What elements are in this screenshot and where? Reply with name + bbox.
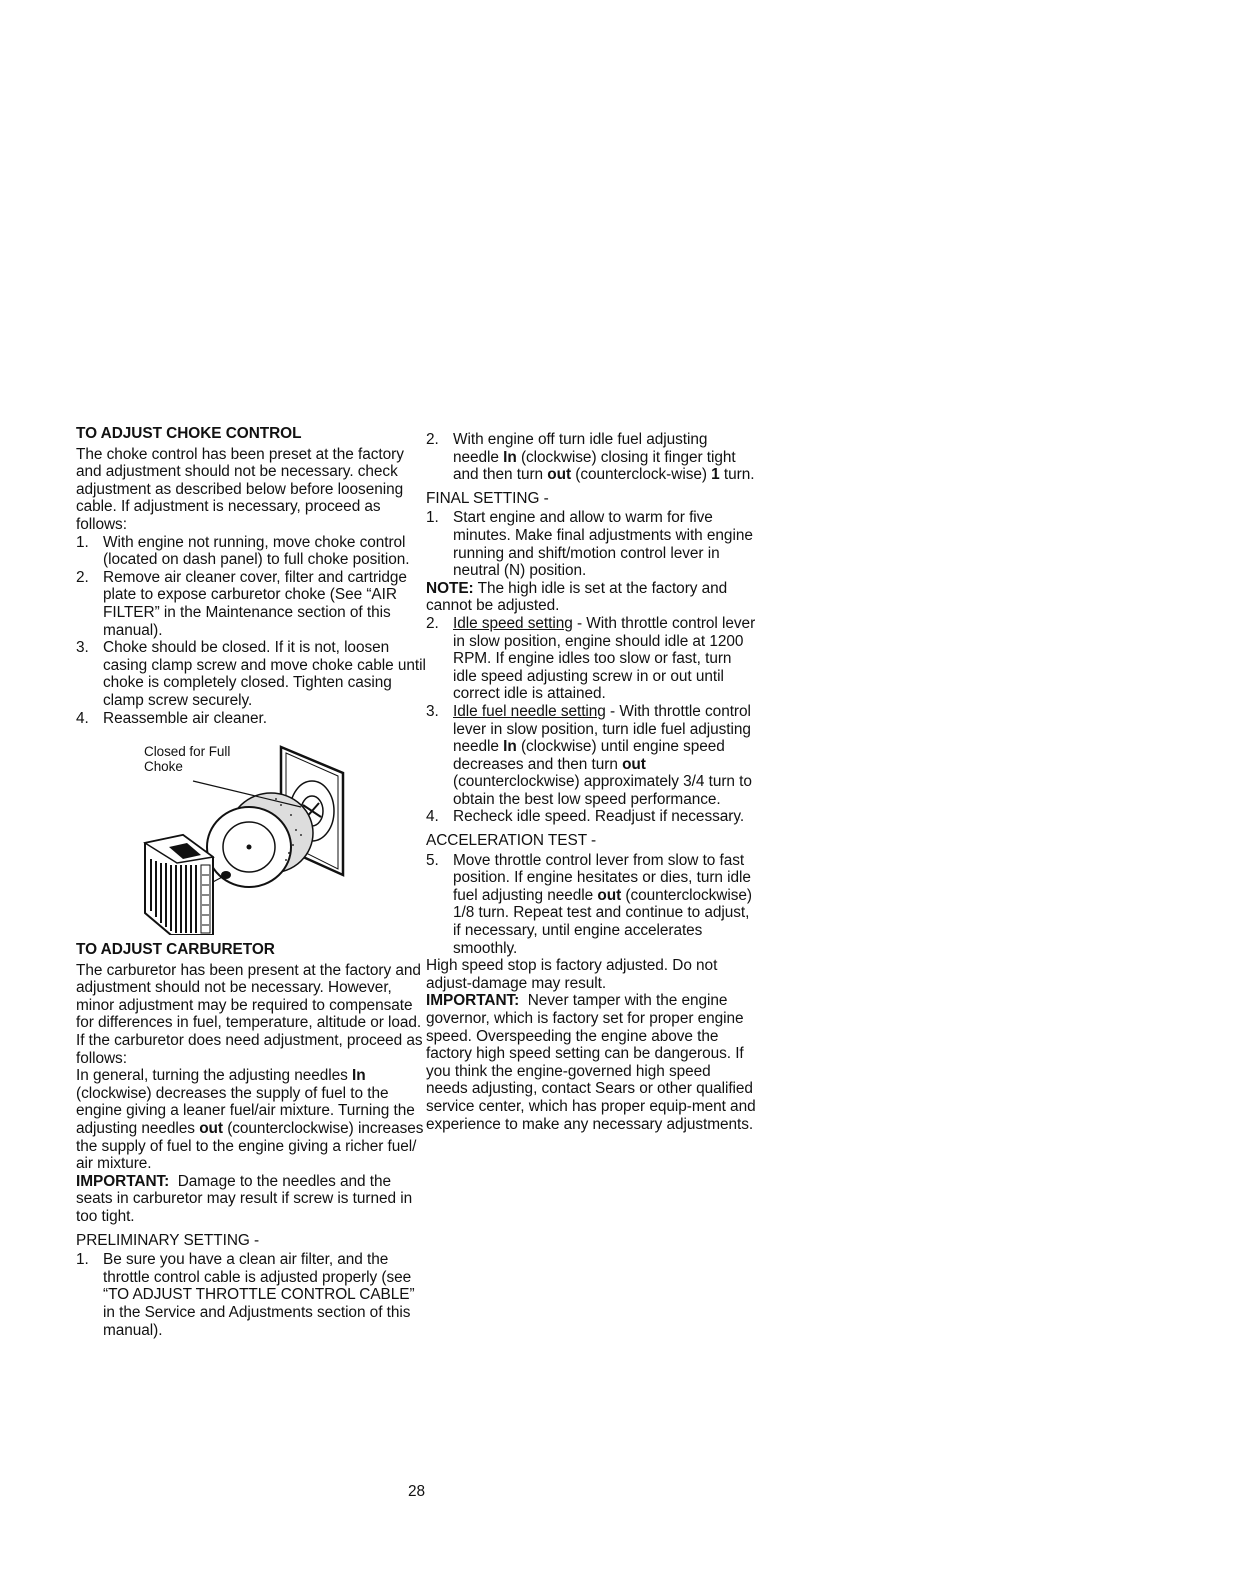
preliminary-steps-continued: 2. With engine off turn idle fuel adjust… <box>426 431 756 484</box>
emphasis-in: In <box>503 449 517 466</box>
acceleration-steps: 5. Move throttle control lever from slow… <box>426 852 756 958</box>
step-number: 2. <box>426 431 439 449</box>
step-number: 3. <box>426 703 439 721</box>
list-item: 3. Choke should be closed. If it is not,… <box>76 639 426 709</box>
emphasis-in: In <box>352 1067 366 1084</box>
final-setting-heading: FINAL SETTING - <box>426 490 756 508</box>
step-number: 5. <box>426 852 439 870</box>
text-span: turn. <box>720 466 755 483</box>
final-steps: 1. Start engine and allow to warm for fi… <box>426 509 756 579</box>
text-span: In general, turning the adjusting needle… <box>76 1067 352 1084</box>
preliminary-steps: 1. Be sure you have a clean air filter, … <box>76 1251 426 1339</box>
step-text: Reassemble air cleaner. <box>103 710 267 727</box>
carburetor-heading: TO ADJUST CARBURETOR <box>76 941 426 959</box>
step-text: With engine not running, move choke cont… <box>103 534 410 569</box>
note: NOTE: The high idle is set at the factor… <box>426 580 756 615</box>
note-label: NOTE: <box>426 580 474 597</box>
carburetor-general: In general, turning the adjusting needle… <box>76 1067 426 1173</box>
list-item: 1. Start engine and allow to warm for fi… <box>426 509 756 579</box>
step-text: Choke should be closed. If it is not, lo… <box>103 639 426 709</box>
high-speed-note: High speed stop is factory adjusted. Do … <box>426 957 756 992</box>
list-item: 4. Reassemble air cleaner. <box>76 710 426 728</box>
step-title: Idle fuel needle setting <box>453 703 606 720</box>
acceleration-test-heading: ACCELERATION TEST - <box>426 832 756 850</box>
choke-steps: 1. With engine not running, move choke c… <box>76 534 426 728</box>
step-number: 4. <box>426 808 439 826</box>
emphasis-out: out <box>547 466 571 483</box>
emphasis-out: out <box>622 756 646 773</box>
step-text: Remove air cleaner cover, filter and car… <box>103 569 407 639</box>
left-column: TO ADJUST CHOKE CONTROL The choke contro… <box>76 425 426 1339</box>
air-cleaner-diagram: Closed for Full Choke <box>131 735 381 935</box>
choke-heading: TO ADJUST CHOKE CONTROL <box>76 425 426 443</box>
important-text: Never tamper with the engine governor, w… <box>426 992 760 1132</box>
important-label: IMPORTANT: <box>426 992 519 1009</box>
step-number: 3. <box>76 639 89 657</box>
final-steps-continued: 2. Idle speed setting - With throttle co… <box>426 615 756 826</box>
carburetor-intro: The carburetor has been present at the f… <box>76 962 426 1068</box>
right-column: 2. With engine off turn idle fuel adjust… <box>426 431 756 1133</box>
page-number: 28 <box>408 1483 425 1501</box>
text-span: (counterclockwise) approximately 3/4 tur… <box>453 773 752 808</box>
figure-callout: Closed for Full Choke <box>144 744 230 774</box>
carburetor-important: IMPORTANT: Damage to the needles and the… <box>76 1173 426 1226</box>
step-number: 2. <box>76 569 89 587</box>
step-number: 1. <box>76 1251 89 1269</box>
list-item: 1. Be sure you have a clean air filter, … <box>76 1251 426 1339</box>
step-text: Be sure you have a clean air filter, and… <box>103 1251 415 1338</box>
choke-intro: The choke control has been preset at the… <box>76 446 426 534</box>
emphasis-in: In <box>503 738 517 755</box>
step-number: 2. <box>426 615 439 633</box>
list-item: 2. With engine off turn idle fuel adjust… <box>426 431 756 484</box>
governor-important: IMPORTANT: Never tamper with the engine … <box>426 992 756 1133</box>
step-title: Idle speed setting <box>453 615 573 632</box>
list-item: 2. Remove air cleaner cover, filter and … <box>76 569 426 639</box>
step-text: Start engine and allow to warm for five … <box>453 509 753 579</box>
list-item: 3. Idle fuel needle setting - With throt… <box>426 703 756 809</box>
list-item: 5. Move throttle control lever from slow… <box>426 852 756 958</box>
step-text: Recheck idle speed. Readjust if necessar… <box>453 808 744 825</box>
emphasis-out: out <box>199 1120 223 1137</box>
preliminary-heading: PRELIMINARY SETTING - <box>76 1232 426 1250</box>
figure-label-line2: Choke <box>144 759 230 774</box>
important-label: IMPORTANT: <box>76 1173 169 1190</box>
figure-label-line1: Closed for Full <box>144 744 230 759</box>
list-item: 1. With engine not running, move choke c… <box>76 534 426 569</box>
list-item: 4. Recheck idle speed. Readjust if neces… <box>426 808 756 826</box>
step-number: 1. <box>426 509 439 527</box>
turn-count: 1 <box>711 466 720 483</box>
text-span: (counterclock-wise) <box>571 466 711 483</box>
emphasis-out: out <box>597 887 621 904</box>
step-number: 4. <box>76 710 89 728</box>
list-item: 2. Idle speed setting - With throttle co… <box>426 615 756 703</box>
step-number: 1. <box>76 534 89 552</box>
